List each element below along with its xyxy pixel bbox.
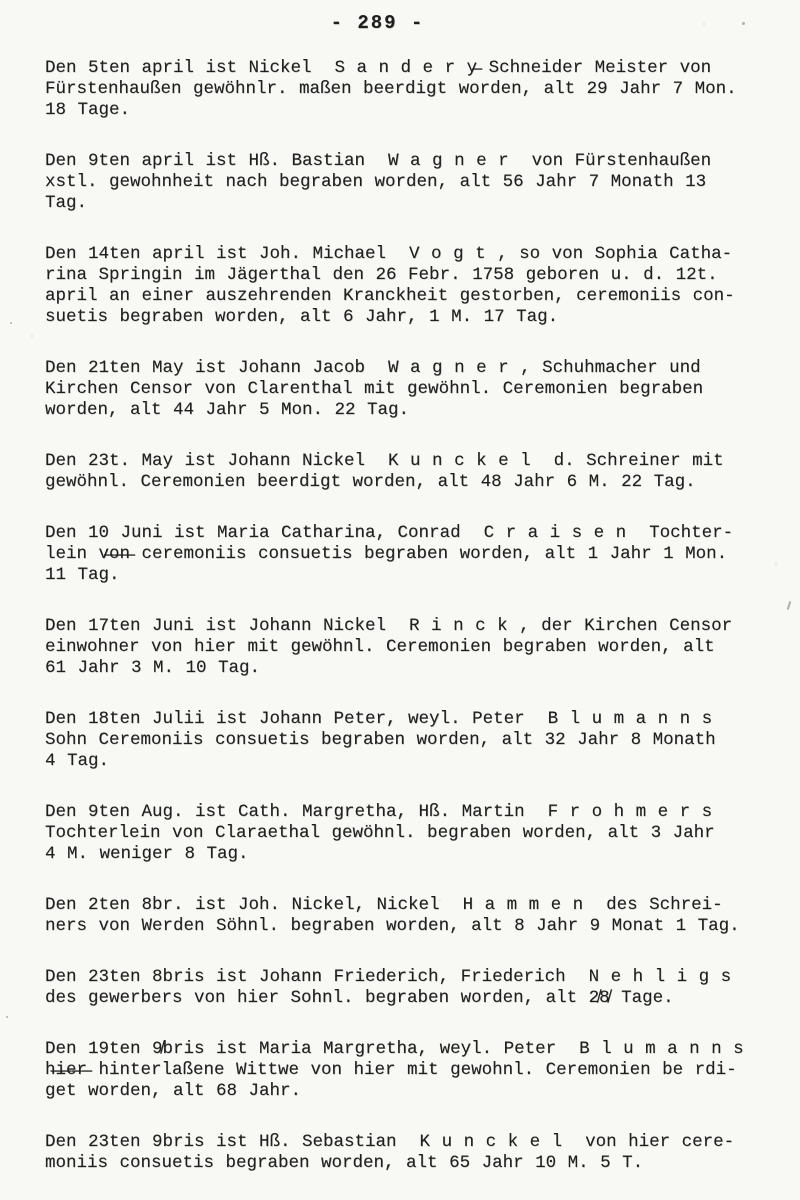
burial-entry: Den 9ten april ist Hß. Bastian W a g n e… xyxy=(45,151,770,214)
burial-entry: Den 10 Juni ist Maria Catharina, Conrad … xyxy=(45,523,770,586)
burial-entry: Den 9ten Aug. ist Cath. Margretha, Hß. M… xyxy=(45,802,770,865)
burial-entry: Den 18ten Julii ist Johann Peter, weyl. … xyxy=(45,709,770,772)
burial-entry: Den 17ten Juni ist Johann Nickel R i n c… xyxy=(45,616,770,679)
burial-entry: Den 2ten 8br. ist Joh. Nickel, Nickel H … xyxy=(45,895,770,937)
burial-entry: Den 14ten april ist Joh. Michael V o g t… xyxy=(45,244,770,328)
burial-entry: Den 23ten 8bris ist Johann Friederich, F… xyxy=(45,967,770,1009)
page-number: - 289 - xyxy=(45,12,710,34)
scan-speckle xyxy=(787,601,792,610)
burial-entry: Den 21ten May ist Johann Jacob W a g n e… xyxy=(45,358,770,421)
burial-entry: Den 23ten 9bris ist Hß. Sebastian K u n … xyxy=(45,1132,770,1174)
burial-entry: Den 5ten april ist Nickel S a n d e r y̶… xyxy=(45,58,770,121)
burial-entry: Den 23t. May ist Johann Nickel K u n c k… xyxy=(45,451,770,493)
scan-speckle xyxy=(6,1016,8,1018)
register-page-scan: - 289 - Den 5ten april ist Nickel S a n … xyxy=(0,0,800,1200)
scan-speckle xyxy=(10,322,12,324)
scan-speckle xyxy=(742,22,745,25)
burial-entry: Den 19ten 9̸bris ist Maria Margretha, we… xyxy=(45,1039,770,1102)
